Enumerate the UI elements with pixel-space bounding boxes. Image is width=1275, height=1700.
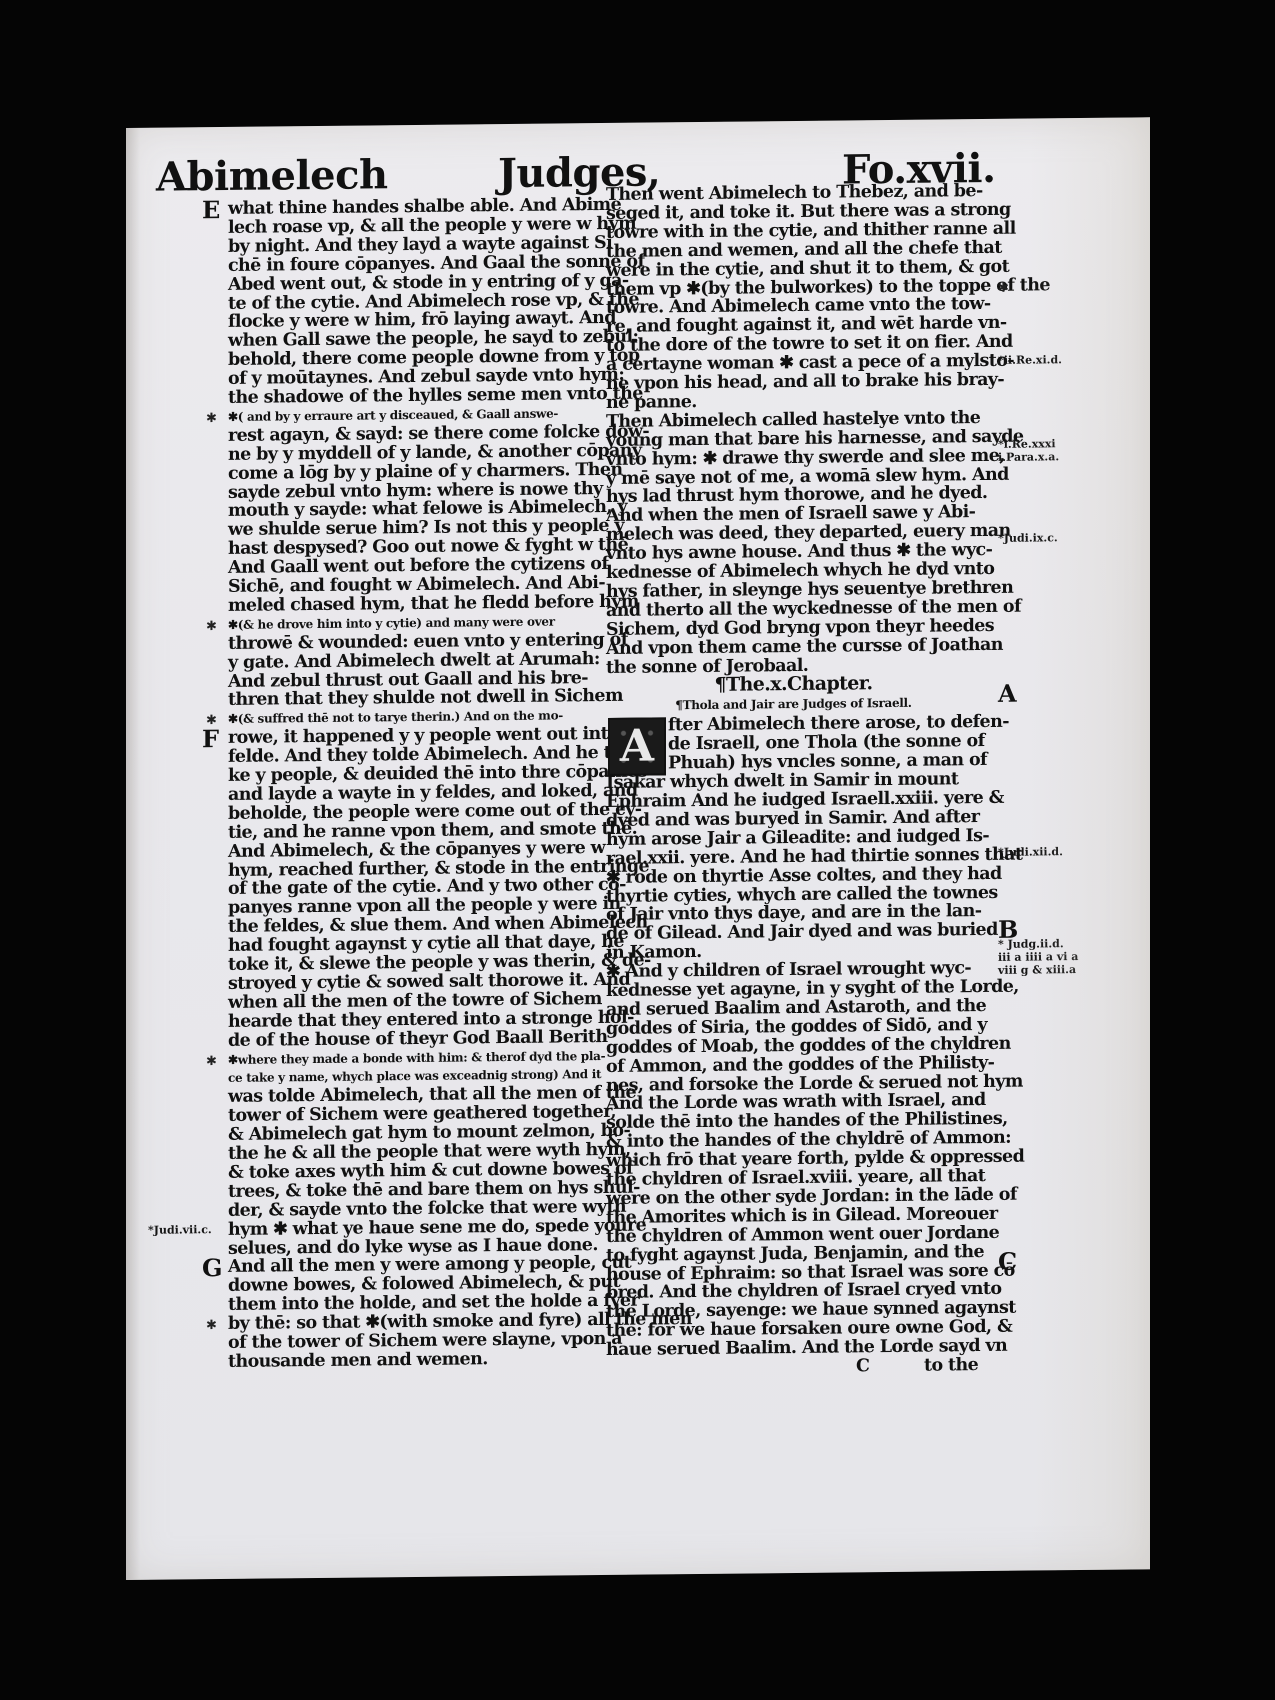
margin-pointer-icon: ✱ (206, 1054, 217, 1069)
text-line: ne vpon his head, and all to brake his b… (606, 370, 1004, 394)
margin-reference: *i.Re.xxxi (998, 438, 1056, 451)
margin-pointer-icon: ✱ (998, 281, 1009, 296)
decorated-initial-letter: A (608, 718, 666, 777)
margin-reference: iii a iiii a vi a (998, 951, 1078, 964)
margin-section-letter: A (998, 679, 1017, 708)
text-line: de of Gilead. And Jair dyed and was buri… (606, 920, 998, 944)
text-line: ne panne. (606, 392, 697, 413)
signature-mark: C (856, 1356, 869, 1376)
margin-reference: i.Para.x.a. (998, 451, 1059, 464)
margin-reference: *ii.Re.xi.d. (998, 354, 1062, 367)
text-line: thousande men and wemen. (228, 1349, 488, 1372)
margin-reference: *Judi.xii.d. (998, 846, 1063, 859)
margin-section-letter: G (202, 1253, 223, 1282)
text-line: in Kamon. (606, 942, 702, 963)
book-page: Abimelech Judges, Fo.xvii. what thine ha… (126, 117, 1150, 1580)
margin-reference: *Judi.vii.c. (148, 1224, 212, 1237)
margin-pointer-icon: ✱ (206, 411, 217, 426)
right-margin-notes: ✱*ii.Re.xi.d.*i.Re.xxxii.Para.x.a.*Judi.… (992, 179, 1142, 181)
margin-section-letter: E (202, 195, 220, 224)
margin-reference: *Judi.ix.c. (998, 532, 1058, 545)
catchword: to the (924, 1355, 978, 1376)
margin-section-letter: F (202, 724, 219, 753)
margin-pointer-icon: ✱ (206, 619, 217, 634)
right-text-column: Then went Abimelech to Thebez, and be-se… (606, 181, 981, 185)
margin-section-letter: B (998, 915, 1018, 944)
margin-pointer-icon: ✱ (206, 1318, 217, 1333)
margin-reference: viii g & xiii.a (998, 964, 1076, 977)
margin-section-letter: C (998, 1247, 1017, 1276)
running-head-left: Abimelech (156, 151, 388, 200)
